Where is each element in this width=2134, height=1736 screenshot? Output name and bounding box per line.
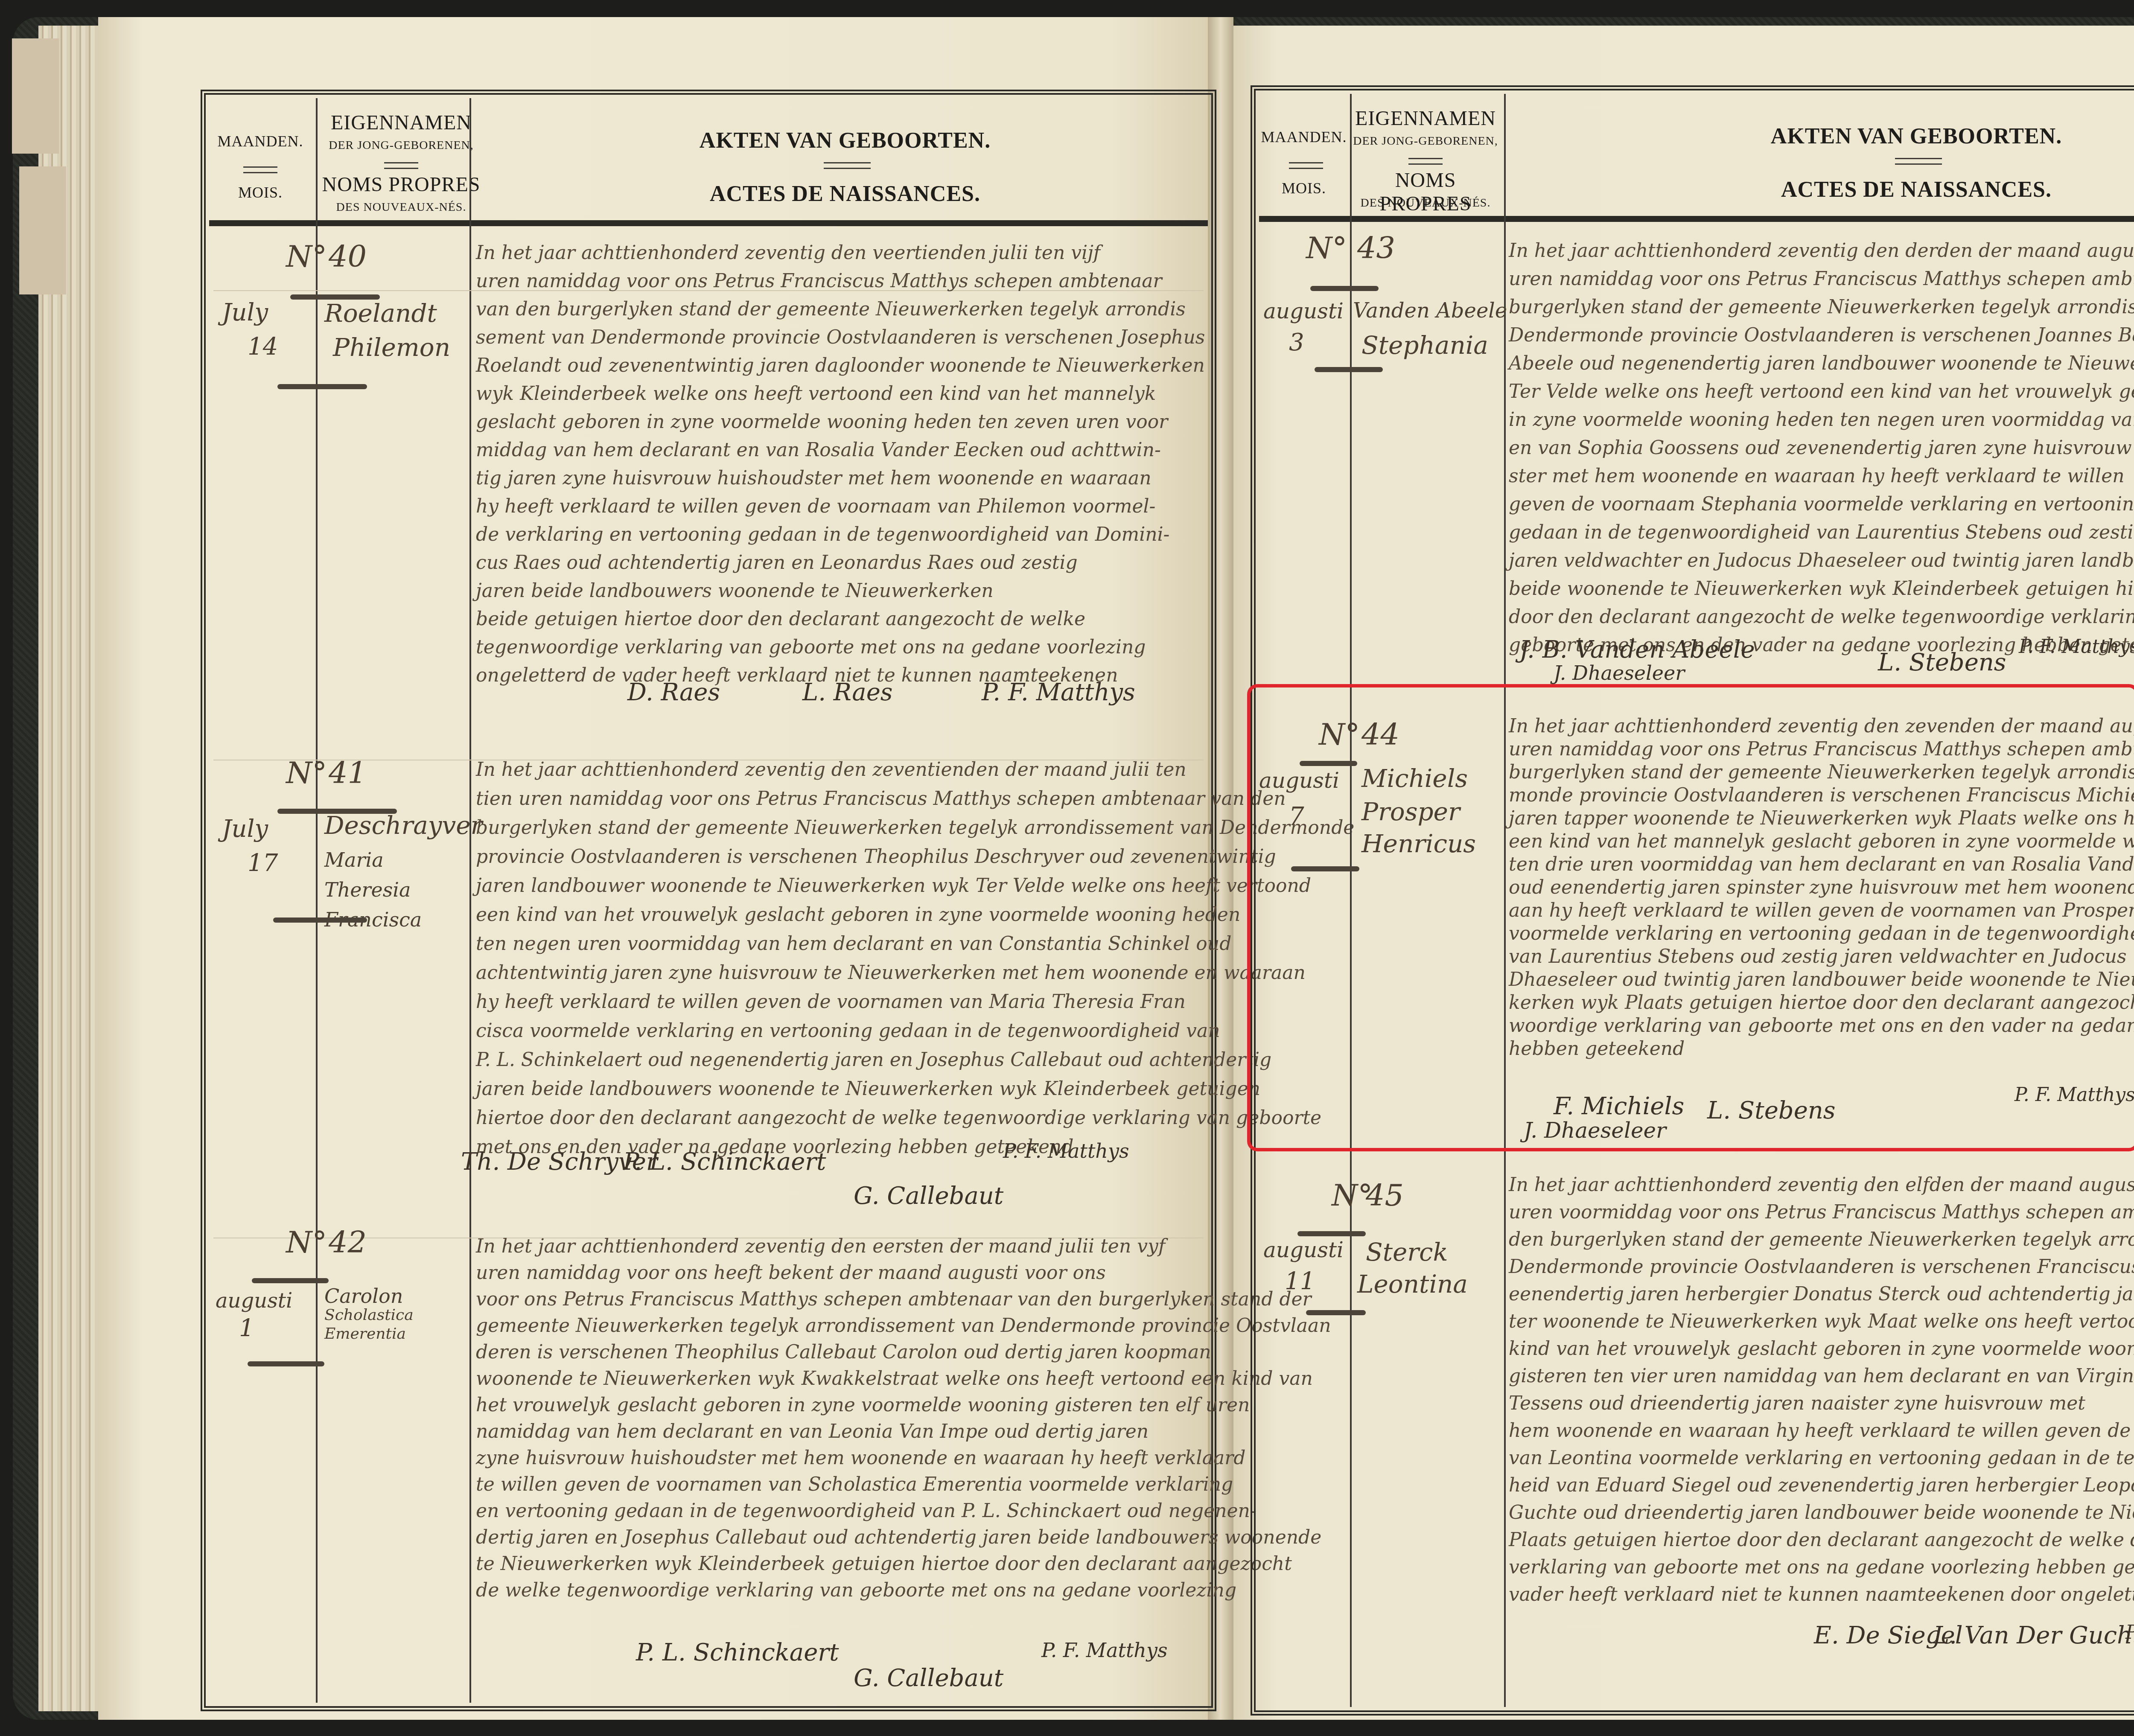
entry-number-label: N° <box>286 755 327 790</box>
left-header-band: MAANDEN. MOIS. EIGENNAMEN DER JONG-GEBOR… <box>209 98 1208 226</box>
right-header-band: MAANDEN. MOIS. EIGENNAMEN DER JONG-GEBOR… <box>1259 94 2134 222</box>
header-mois: MOIS. <box>213 184 307 201</box>
signature: L. Stebens <box>1878 649 2006 676</box>
header-rule <box>1408 158 1443 165</box>
entry-given-names: Stephania <box>1361 331 1488 360</box>
entry-text: In het jaar achttienhonderd zeventig den… <box>1509 1171 2134 1608</box>
entry-separator <box>1306 1310 1366 1315</box>
header-der-jong-geborenen: DER JONG-GEBORENEN, <box>316 139 487 152</box>
entry-text: In het jaar achttienhonderd zeventig den… <box>476 1233 1201 1604</box>
header-akten-van-geboorten: AKTEN VAN GEBOORTEN. <box>1507 124 2134 149</box>
entry-day: 1 <box>239 1314 254 1342</box>
entry-separator <box>273 918 367 923</box>
header-noms-propres: NOMS PROPRES <box>320 173 482 196</box>
entry-month: July <box>222 299 268 326</box>
header-des-nouveaux-nes: DES NOUVEAUX-NÉS. <box>1344 196 1507 210</box>
header-der-jong-geborenen: DER JONG-GEBORENEN, <box>1344 134 1507 148</box>
entry-number: 41 <box>329 755 367 790</box>
entry-text: In het jaar achttienhonderd zeventig den… <box>476 239 1201 690</box>
entry-separator <box>277 384 367 389</box>
entry-surname: Roelandt <box>324 299 437 328</box>
entry-day: 3 <box>1289 329 1304 356</box>
signature: J. B. Vanden Abeele <box>1519 636 1755 664</box>
signature: P. F. Matthys <box>2125 1622 2134 1643</box>
entry-separator <box>252 1278 329 1283</box>
entry-surname: Carolon <box>324 1285 403 1308</box>
header-akten-van-geboorten: AKTEN VAN GEBOORTEN. <box>482 128 1208 153</box>
signature: P. L. Schinckaert <box>623 1148 826 1176</box>
entry-surname: Sterck <box>1366 1238 1448 1267</box>
header-rule <box>384 162 418 169</box>
entry-number: 45 <box>1366 1178 1404 1213</box>
header-rule <box>243 166 277 173</box>
entry-separator <box>248 1361 324 1366</box>
signature: J. Dhaeseleer <box>1554 661 1685 684</box>
signature: P. F. Matthys <box>1003 1139 1129 1162</box>
entry-number: 42 <box>329 1225 367 1260</box>
column-divider <box>469 98 471 1703</box>
header-rule <box>1289 162 1323 169</box>
header-des-nouveaux-nes: DES NOUVEAUX-NÉS. <box>316 201 487 214</box>
signature: L. Raes <box>802 679 893 706</box>
entry-text: In het jaar achttienhonderd zeventig den… <box>1509 237 2134 659</box>
signature: P. F. Matthys <box>2019 636 2134 658</box>
entry-number-label: N° <box>286 1225 327 1260</box>
header-actes-de-naissances: ACTES DE NAISSANCES. <box>1507 177 2134 202</box>
entry-number-label: N° <box>1306 230 1347 265</box>
header-actes-de-naissances: ACTES DE NAISSANCES. <box>482 181 1208 207</box>
entry-day: 17 <box>248 849 278 877</box>
header-mois: MOIS. <box>1259 179 1349 197</box>
left-index-tab <box>19 166 66 294</box>
signature: G. Callebaut <box>854 1664 1003 1692</box>
left-index-tab <box>12 38 59 154</box>
entry-separator <box>1310 286 1379 291</box>
entry-surname: Deschrayver <box>324 811 482 840</box>
header-eigennamen: EIGENNAMEN <box>1349 107 1502 130</box>
header-eigennamen: EIGENNAMEN <box>320 111 482 134</box>
entry-month: augusti <box>216 1289 292 1313</box>
signature: D. Raes <box>627 679 720 706</box>
entry-month: July <box>222 815 268 843</box>
signature: P. F. Matthys <box>982 679 1135 706</box>
header-rule <box>824 162 871 169</box>
signature: G. Callebaut <box>854 1182 1003 1210</box>
entry-month: augusti <box>1263 1238 1344 1262</box>
entry-surname: Vanden Abeele <box>1353 299 1507 323</box>
entry-given-names: Leontina <box>1357 1270 1468 1299</box>
column-divider <box>316 98 318 1703</box>
entry-number: 43 <box>1357 230 1395 265</box>
entry-given-names: Philemon <box>333 333 450 362</box>
entry-given-names: Scholastica Emerentia <box>324 1306 469 1343</box>
entry-text: In het jaar achttienhonderd zeventig den… <box>476 755 1201 1162</box>
header-maanden: MAANDEN. <box>213 132 307 150</box>
entry-separator <box>1315 367 1383 372</box>
signature: P. L. Schinckaert <box>636 1639 839 1666</box>
signature: P. F. Matthys <box>1041 1639 1168 1662</box>
signature: L. Van Der Guchte <box>1933 1622 2134 1649</box>
entry-separator <box>1297 1231 1366 1236</box>
entry-number-label: N° <box>286 239 327 274</box>
entry-day: 11 <box>1285 1267 1315 1295</box>
entry-day: 14 <box>248 333 278 361</box>
entry-month: augusti <box>1263 299 1344 323</box>
highlight-box-entry-44 <box>1247 684 2134 1151</box>
header-rule <box>1895 158 1942 165</box>
header-maanden: MAANDEN. <box>1259 128 1349 146</box>
entry-number: 40 <box>329 239 367 274</box>
